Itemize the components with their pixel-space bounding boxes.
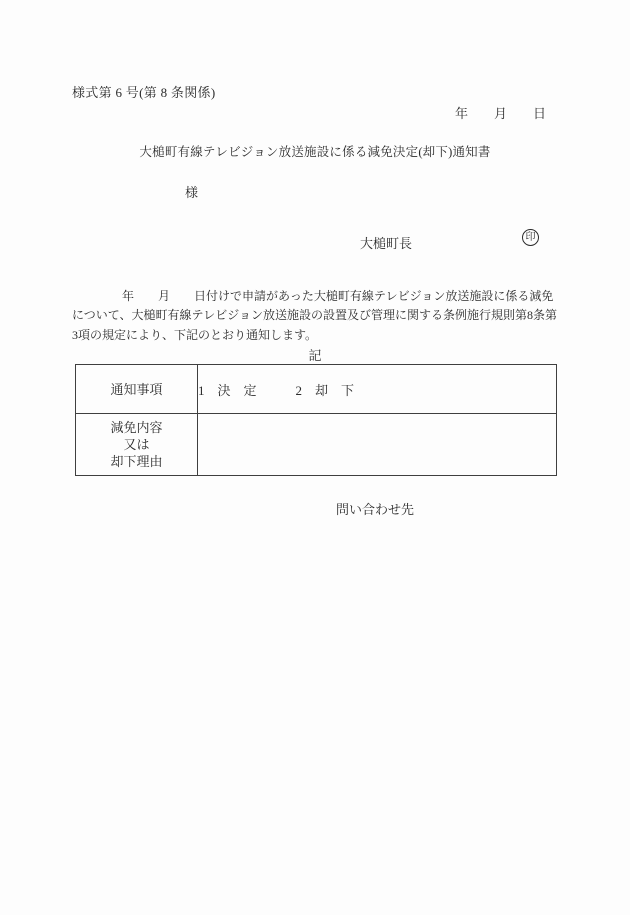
header-line-1: 減免内容 — [76, 419, 197, 436]
table-row-notice-items: 通知事項 1 決 定 2 却 下 — [76, 365, 557, 414]
seal-character: 印 — [526, 233, 536, 243]
date-line: 年 月 日 — [455, 103, 546, 122]
document-page: 様式第 6 号(第 8 条関係) 年 月 日 大槌町有線テレビジョン放送施設に係… — [0, 0, 630, 915]
document-title: 大槌町有線テレビジョン放送施設に係る減免決定(却下)通知書 — [0, 142, 630, 160]
body-line-1: 年 月 日付けで申請があった大槌町有線テレビジョン放送施設に係る減免 — [72, 287, 562, 306]
addressee-honorific: 様 — [185, 182, 198, 201]
seal-mark: 印 — [522, 229, 539, 246]
contact-label: 問い合わせ先 — [336, 499, 414, 518]
row-header-notice-items: 通知事項 — [76, 365, 198, 414]
body-line-2: について、大槌町有線テレビジョン放送施設の設置及び管理に関する条例施行規則第8条… — [72, 306, 562, 325]
notice-table: 通知事項 1 決 定 2 却 下 減免内容 又は 却下理由 — [75, 364, 557, 476]
header-line-2: 又は — [76, 436, 197, 453]
header-line-3: 却下理由 — [76, 453, 197, 470]
row-value-exemption-reason — [198, 414, 557, 476]
body-paragraph: 年 月 日付けで申請があった大槌町有線テレビジョン放送施設に係る減免 について、… — [72, 287, 562, 345]
row-header-exemption-reason: 減免内容 又は 却下理由 — [76, 414, 198, 476]
row-value-notice-items: 1 決 定 2 却 下 — [198, 365, 557, 414]
body-line-3: 3項の規定により、下記のとおり通知します。 — [72, 326, 562, 345]
list-marker: 記 — [0, 345, 630, 364]
form-number: 様式第 6 号(第 8 条関係) — [72, 82, 215, 101]
table-row-exemption-reason: 減免内容 又は 却下理由 — [76, 414, 557, 476]
sender-title: 大槌町長 — [360, 233, 412, 252]
